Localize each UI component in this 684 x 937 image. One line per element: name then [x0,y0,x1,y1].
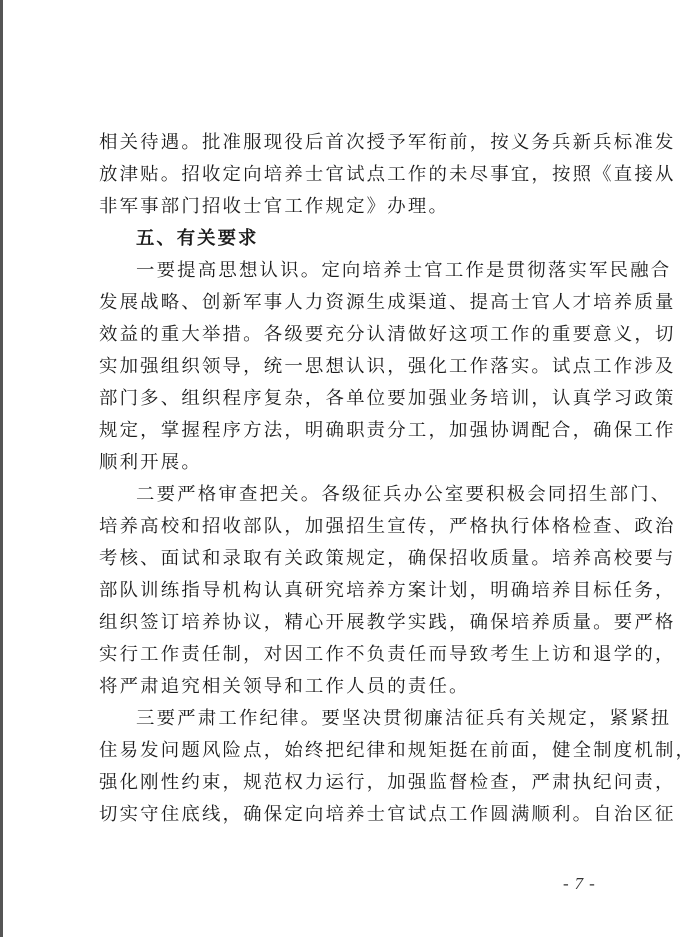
text-line: 培养高校和招收部队，加强招生宣传，严格执行体格检查、政治 [99,511,604,543]
text-span: 定向培养士官工作是贯彻落实军民融合 [321,260,671,281]
page-number-value: 7 [571,874,590,893]
section-heading: 五、有关要求 [99,223,604,255]
page-content: 相关待遇。批准服现役后首次授予军衔前，按义务兵新兵标准发 放津贴。招收定向培养士… [99,127,604,831]
text-line: 放津贴。招收定向培养士官试点工作的未尽事宜，按照《直接从 [99,159,604,191]
text-line: 规定，掌握程序方法，明确职责分工，加强协调配合，确保工作 [99,415,604,447]
text-line: 将严肃追究相关领导和工作人员的责任。 [99,671,604,703]
paragraph-strict-review: 二要严格审查把关。各级征兵办公室要积极会同招生部门、 培养高校和招收部队，加强招… [99,479,604,703]
text-line: 部队训练指导机构认真研究培养方案计划，明确培养目标任务， [99,575,604,607]
text-line: 实行工作责任制，对因工作不负责任而导致考生上访和退学的， [99,639,604,671]
text-span: 各级征兵办公室要积极会同招生部门、 [321,484,671,505]
paragraph-continuation: 相关待遇。批准服现役后首次授予军衔前，按义务兵新兵标准发 放津贴。招收定向培养士… [99,127,604,223]
text-line: 切实守住底线，确保定向培养士官试点工作圆满顺利。自治区征 [99,799,604,831]
paragraph-lead: 一要提高思想认识。 [136,260,321,281]
document-page: 相关待遇。批准服现役后首次授予军衔前，按义务兵新兵标准发 放津贴。招收定向培养士… [3,0,684,937]
paragraph-lead: 二要严格审查把关。 [136,484,321,505]
page-number: -7- [563,874,597,894]
text-line: 强化刚性约束，规范权力运行，加强监督检查，严肃执纪问责， [99,767,604,799]
paragraph-raise-awareness: 一要提高思想认识。定向培养士官工作是贯彻落实军民融合 发展战略、创新军事人力资源… [99,255,604,479]
text-line: 考核、面试和录取有关政策规定，确保招收质量。培养高校要与 [99,543,604,575]
text-line: 组织签订培养协议，精心开展教学实践，确保培养质量。要严格 [99,607,604,639]
text-line: 实加强组织领导，统一思想认识，强化工作落实。试点工作涉及 [99,351,604,383]
text-line: 非军事部门招收士官工作规定》办理。 [99,191,604,223]
text-line: 住易发问题风险点，始终把纪律和规矩挺在前面，健全制度机制， [99,735,604,767]
text-line: 效益的重大举措。各级要充分认清做好这项工作的重要意义，切 [99,319,604,351]
text-span: 要坚决贯彻廉洁征兵有关规定，紧紧扭 [321,708,671,729]
page-number-prefix: - [563,874,571,893]
text-line: 二要严格审查把关。各级征兵办公室要积极会同招生部门、 [99,479,604,511]
text-line: 三要严肃工作纪律。要坚决贯彻廉洁征兵有关规定，紧紧扭 [99,703,604,735]
text-line: 一要提高思想认识。定向培养士官工作是贯彻落实军民融合 [99,255,604,287]
text-line: 相关待遇。批准服现役后首次授予军衔前，按义务兵新兵标准发 [99,127,604,159]
page-number-suffix: - [589,874,597,893]
paragraph-lead: 三要严肃工作纪律。 [136,708,321,729]
text-line: 发展战略、创新军事人力资源生成渠道、提高士官人才培养质量 [99,287,604,319]
text-line: 顺利开展。 [99,447,604,479]
text-line: 部门多、组织程序复杂，各单位要加强业务培训，认真学习政策 [99,383,604,415]
paragraph-work-discipline: 三要严肃工作纪律。要坚决贯彻廉洁征兵有关规定，紧紧扭 住易发问题风险点，始终把纪… [99,703,604,831]
